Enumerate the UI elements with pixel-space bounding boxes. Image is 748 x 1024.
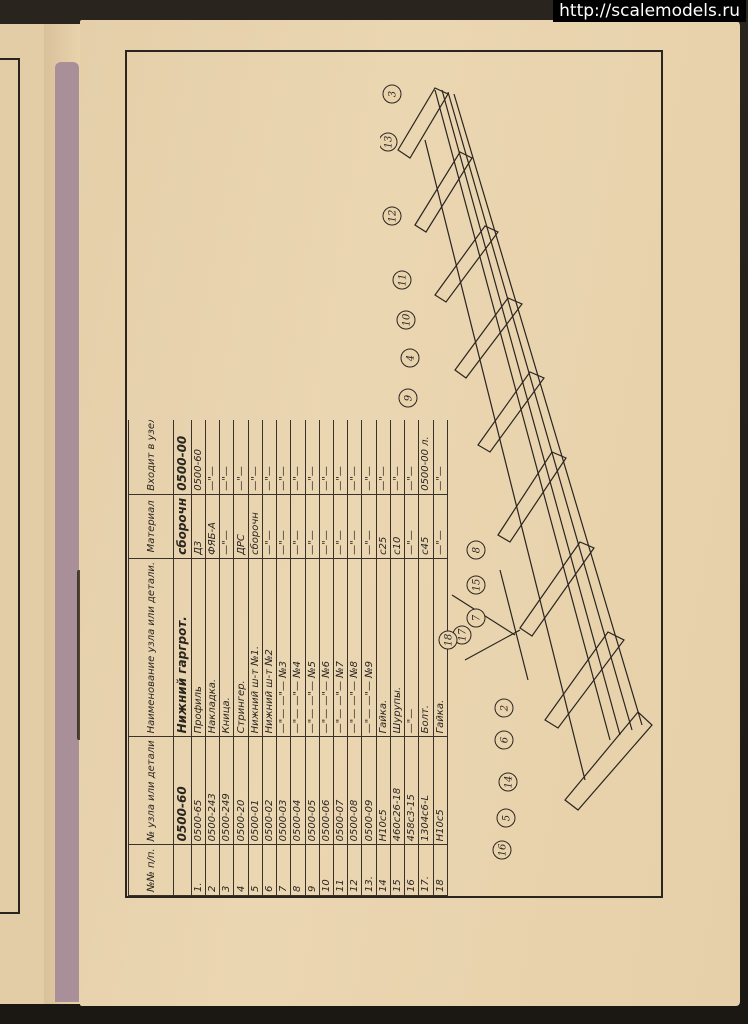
- table-row: 13.0500-09—"— —"— №9—"——"—: [362, 420, 376, 896]
- callout-6: 6: [495, 731, 513, 749]
- table-row: 50500-01Нижний ш-т №1.сборочн—"—: [248, 420, 262, 896]
- cell-into: —"—: [262, 420, 276, 494]
- cell-material: сборочн: [174, 494, 192, 558]
- callout-4: 4: [401, 349, 419, 367]
- svg-text:18: 18: [444, 634, 455, 647]
- callout-13: 13: [380, 133, 397, 151]
- cell-into: —"—: [362, 420, 376, 494]
- svg-text:8: 8: [472, 547, 483, 553]
- cell-material: ФЯБ-А: [206, 494, 220, 558]
- cell-num: 8: [291, 845, 305, 896]
- cell-code: 0500-02: [262, 737, 276, 845]
- cell-into: 0500-00: [174, 420, 192, 494]
- cell-material: —"—: [277, 494, 291, 558]
- callout-9: 9: [399, 389, 417, 407]
- cell-num: 1.: [191, 845, 205, 896]
- cell-code: 0500-65: [191, 737, 205, 845]
- header-enters-into: Входит в узел №: [129, 420, 174, 494]
- svg-text:10: 10: [402, 313, 413, 326]
- svg-text:13: 13: [384, 136, 395, 149]
- header-num: №№ п/п.: [129, 845, 174, 896]
- table-row: 60500-02Нижний ш-т №2—"——"—: [262, 420, 276, 896]
- svg-text:5: 5: [502, 815, 513, 821]
- cell-num: 10: [319, 845, 333, 896]
- left-page-frame: [0, 58, 20, 914]
- cell-into: —"—: [319, 420, 333, 494]
- binding-tape: [55, 62, 79, 1002]
- cell-material: —"—: [348, 494, 362, 558]
- table-row: 110500-07—"— —"— №7—"——"—: [333, 420, 347, 896]
- cell-num: 4: [234, 845, 248, 896]
- table-row: 80500-04—"— —"— №4—"——"—: [291, 420, 305, 896]
- header-material: Материал: [129, 494, 174, 558]
- table-row: 0500-60Нижний гаргрот.сборочн0500-00: [174, 420, 192, 896]
- cell-num: 11: [333, 845, 347, 896]
- cell-name: Накладка.: [206, 558, 220, 736]
- callout-group: 313121110498157171826145161: [380, 85, 517, 870]
- cell-code: 0500-05: [305, 737, 319, 845]
- svg-text:6: 6: [500, 736, 511, 743]
- svg-text:12: 12: [388, 210, 399, 223]
- cell-code: 0500-09: [362, 737, 376, 845]
- cell-name: —"— —"— №8: [348, 558, 362, 736]
- cell-num: 3: [220, 845, 234, 896]
- cell-material: —"—: [220, 494, 234, 558]
- table-row: 120500-08—"— —"— №8—"——"—: [348, 420, 362, 896]
- callout-8: 8: [467, 541, 485, 559]
- cell-num: 7: [277, 845, 291, 896]
- cell-into: —"—: [220, 420, 234, 494]
- cell-code: 0500-01: [248, 737, 262, 845]
- callout-16: 16: [493, 841, 511, 859]
- cell-into: —"—: [305, 420, 319, 494]
- cell-material: ДРС: [234, 494, 248, 558]
- table-row: 40500-20Стрингер.ДРС—"—: [234, 420, 248, 896]
- cell-name: —"— —"— №3: [277, 558, 291, 736]
- svg-text:14: 14: [504, 776, 515, 789]
- table-row: 20500-243Накладка.ФЯБ-А—"—: [206, 420, 220, 896]
- svg-text:15: 15: [472, 579, 483, 592]
- cell-num: 9: [305, 845, 319, 896]
- cell-name: Нижний ш-т №2: [262, 558, 276, 736]
- table-header-row: №№ п/п. № узла или детали Наименование у…: [129, 420, 174, 896]
- cell-name: Нижний ш-т №1.: [248, 558, 262, 736]
- cell-material: Д3: [191, 494, 205, 558]
- svg-text:3: 3: [388, 91, 399, 97]
- svg-text:7: 7: [472, 614, 483, 621]
- svg-text:2: 2: [500, 705, 511, 712]
- callout-18: 18: [439, 631, 457, 649]
- cell-into: —"—: [234, 420, 248, 494]
- cell-name: Профиль: [191, 558, 205, 736]
- cell-into: —"—: [333, 420, 347, 494]
- cell-name: —"— —"— №7: [333, 558, 347, 736]
- cell-num: [174, 845, 192, 896]
- callout-10: 10: [397, 311, 415, 329]
- cell-num: 12: [348, 845, 362, 896]
- callout-5: 5: [497, 809, 515, 827]
- cell-name: —"— —"— №9: [362, 558, 376, 736]
- watermark: http://scalemodels.ru: [553, 0, 746, 22]
- table-row: 30500-249Кница.—"——"—: [220, 420, 234, 896]
- cell-num: 2: [206, 845, 220, 896]
- cell-num: 5: [248, 845, 262, 896]
- frame-shapes: [398, 88, 652, 810]
- callout-7: 7: [467, 609, 485, 627]
- cell-code: 0500-249: [220, 737, 234, 845]
- cell-code: 0500-243: [206, 737, 220, 845]
- cell-into: —"—: [248, 420, 262, 494]
- cell-material: —"—: [333, 494, 347, 558]
- cell-code: 0500-03: [277, 737, 291, 845]
- cell-material: —"—: [305, 494, 319, 558]
- table-row: 90500-05—"— —"— №5—"——"—: [305, 420, 319, 896]
- callout-12: 12: [383, 207, 401, 225]
- cell-num: 6: [262, 845, 276, 896]
- cell-name: —"— —"— №6: [319, 558, 333, 736]
- callout-15: 15: [467, 576, 485, 594]
- cell-material: —"—: [291, 494, 305, 558]
- cell-code: 0500-04: [291, 737, 305, 845]
- table-row: 70500-03—"— —"— №3—"——"—: [277, 420, 291, 896]
- cell-into: —"—: [206, 420, 220, 494]
- isometric-drawing: 313121110498157171826145161: [380, 80, 670, 870]
- cell-code: 0500-08: [348, 737, 362, 845]
- header-name: Наименование узла или детали.: [129, 558, 174, 736]
- cell-code: 0500-07: [333, 737, 347, 845]
- cell-name: Кница.: [220, 558, 234, 736]
- cell-code: 0500-60: [174, 737, 192, 845]
- cell-material: —"—: [362, 494, 376, 558]
- table-row: 100500-06—"— —"— №6—"——"—: [319, 420, 333, 896]
- cell-num: 13.: [362, 845, 376, 896]
- cell-into: —"—: [277, 420, 291, 494]
- cell-material: сборочн: [248, 494, 262, 558]
- callout-14: 14: [499, 773, 517, 791]
- cell-name: —"— —"— №4: [291, 558, 305, 736]
- table-row: 1.0500-65ПрофильД30500-60Отдельные детал…: [191, 420, 205, 896]
- svg-text:17: 17: [458, 628, 469, 641]
- cell-code: 0500-20: [234, 737, 248, 845]
- callout-2: 2: [495, 699, 513, 717]
- svg-text:16: 16: [498, 843, 509, 856]
- cell-name: —"— —"— №5: [305, 558, 319, 736]
- header-code: № узла или детали: [129, 737, 174, 845]
- callout-11: 11: [393, 271, 411, 289]
- cell-into: —"—: [291, 420, 305, 494]
- cell-into: —"—: [348, 420, 362, 494]
- callout-3: 3: [383, 85, 401, 103]
- svg-text:9: 9: [404, 394, 415, 401]
- svg-text:11: 11: [398, 274, 409, 287]
- cell-code: 0500-06: [319, 737, 333, 845]
- cell-material: —"—: [262, 494, 276, 558]
- cell-name: Стрингер.: [234, 558, 248, 736]
- cell-into: 0500-60: [191, 420, 205, 494]
- cell-name: Нижний гаргрот.: [174, 558, 192, 736]
- cell-material: —"—: [319, 494, 333, 558]
- svg-text:4: 4: [406, 355, 417, 362]
